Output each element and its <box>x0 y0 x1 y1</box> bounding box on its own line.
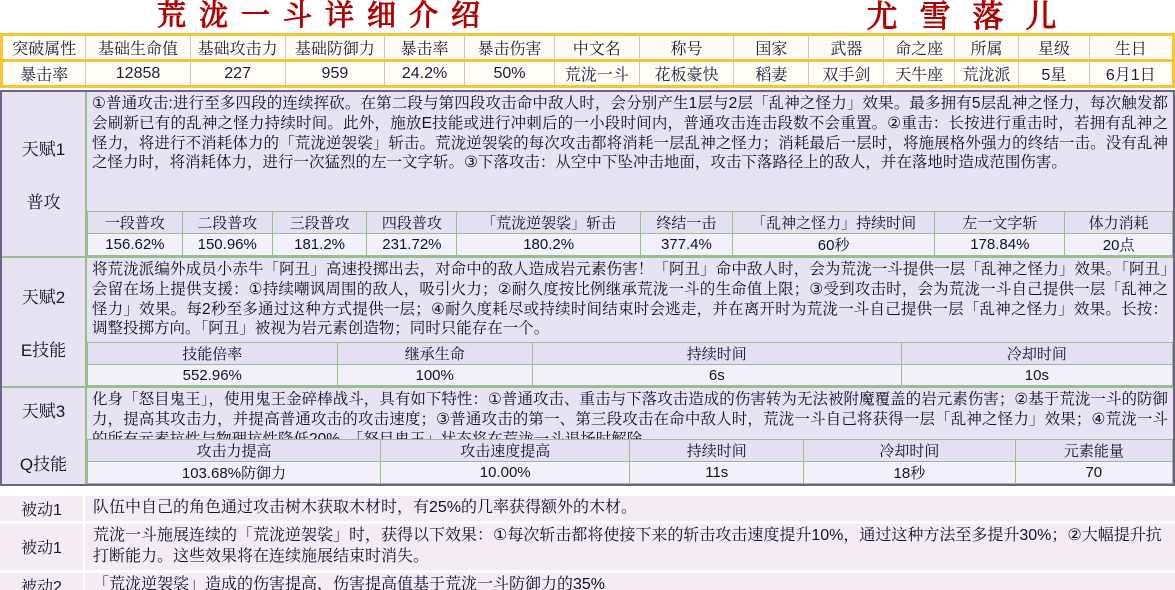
info-value-cell: 50% <box>464 61 554 87</box>
talent-2-label-bottom: E技能 <box>21 336 66 361</box>
stat-value-cell: 10s <box>901 365 1172 386</box>
talent-2-description: 将荒泷派编外成员小赤牛「阿丑」高速投掷出去，对命中的敌人造成岩元素伤害！「阿丑」… <box>87 258 1173 342</box>
info-value-cell: 5星 <box>1019 61 1089 87</box>
stat-value-cell: 150.96% <box>182 234 272 256</box>
info-value-cell: 荒泷派 <box>954 61 1018 87</box>
talent-2-section: 天赋2 E技能 将荒泷派编外成员小赤牛「阿丑」高速投掷出去，对命中的敌人造成岩元… <box>2 258 1173 388</box>
passive-1-label: 被动1 <box>0 496 85 521</box>
talent-3-description: 化身「怒目鬼王」，使用鬼王金碎棒战斗，具有如下特性：①普通攻击、重击与下落攻击造… <box>87 388 1173 439</box>
info-value-cell: 荒泷一斗 <box>555 61 639 87</box>
stat-header-cell: 冷却时间 <box>804 440 1016 462</box>
stat-header-cell: 冷却时间 <box>901 343 1172 365</box>
talent-1-stats-table: 一段普攻 二段普攻 三段普攻 四段普攻 「荒泷逆袈裟」斩击 终结一击 「乱神之怪… <box>87 211 1173 256</box>
info-value-cell: 稻妻 <box>734 61 809 87</box>
stat-value-cell: 20点 <box>1065 234 1173 256</box>
stat-header-cell: 终结一击 <box>641 212 733 234</box>
talent-table: 天赋1 普攻 ①普通攻击:进行至多四段的连续挥砍。在第二段与第四段攻击命中敌人时… <box>0 90 1175 486</box>
title-bar: 荒泷一斗详细介绍 尤雪落儿 <box>0 0 1175 33</box>
character-info-table: 突破属性 基础生命值 基础攻击力 基础防御力 暴击率 暴击伤害 中文名 称号 国… <box>0 33 1175 88</box>
stat-value-cell: 552.96% <box>88 365 338 386</box>
info-header-cell: 国家 <box>734 35 809 61</box>
talent-1-description: ①普通攻击:进行至多四段的连续挥砍。在第二段与第四段攻击命中敌人时，会分别产生1… <box>87 92 1173 211</box>
stat-value-cell: 60秒 <box>732 234 935 256</box>
stat-header-cell: 四段普攻 <box>367 212 457 234</box>
info-header-cell: 暴击率 <box>385 35 465 61</box>
info-header-cell: 命之座 <box>884 35 954 61</box>
stat-header-cell: 三段普攻 <box>272 212 367 234</box>
talent-3-label-bottom: Q技能 <box>20 450 67 475</box>
passive-2-label: 被动1 <box>0 524 85 570</box>
talent-2-label-top: 天赋2 <box>22 283 65 308</box>
talent-2-label: 天赋2 E技能 <box>2 258 87 386</box>
talent-1-label-top: 天赋1 <box>22 135 65 160</box>
info-value-cell: 花板豪快 <box>639 61 734 87</box>
passive-3-label: 被动2 <box>0 573 85 590</box>
stat-header-cell: 继承生命 <box>337 343 532 365</box>
info-value-cell: 959 <box>285 61 385 87</box>
stat-header-cell: 体力消耗 <box>1065 212 1173 234</box>
info-header-cell: 基础生命值 <box>86 35 190 61</box>
info-header-cell: 中文名 <box>555 35 639 61</box>
talent-3-label: 天赋3 Q技能 <box>2 388 87 484</box>
stat-value-cell: 70 <box>1015 462 1172 484</box>
stat-header-cell: 二段普攻 <box>182 212 272 234</box>
stat-value-cell: 18秒 <box>804 462 1016 484</box>
info-value-cell: 6月1日 <box>1089 61 1174 87</box>
info-value-cell: 天牛座 <box>884 61 954 87</box>
stat-value-cell: 10.00% <box>380 462 630 484</box>
stat-value-cell: 156.62% <box>88 234 183 256</box>
talent-2-stats-table: 技能倍率 继承生命 持续时间 冷却时间 552.96% 100% 6s 10s <box>87 342 1173 386</box>
stat-header-cell: 持续时间 <box>532 343 901 365</box>
stat-header-cell: 攻击力提高 <box>88 440 381 462</box>
stat-header-cell: 元素能量 <box>1015 440 1172 462</box>
stat-value-cell: 11s <box>630 462 804 484</box>
talent-1-section: 天赋1 普攻 ①普通攻击:进行至多四段的连续挥砍。在第二段与第四段攻击命中敌人时… <box>2 92 1173 258</box>
stat-header-cell: 攻击速度提高 <box>380 440 630 462</box>
talent-1-label: 天赋1 普攻 <box>2 92 87 256</box>
info-value-cell: 暴击率 <box>2 61 86 87</box>
stat-header-cell: 左一文字斩 <box>935 212 1065 234</box>
info-value-row: 暴击率 12858 227 959 24.2% 50% 荒泷一斗 花板豪快 稻妻… <box>2 61 1174 87</box>
talent-3-label-top: 天赋3 <box>22 397 65 422</box>
passive-2-text: 荒泷一斗施展连续的「荒泷逆袈裟」时，获得以下效果：①每次斩击都将使接下来的斩击攻… <box>85 524 1175 570</box>
stat-value-cell: 377.4% <box>641 234 733 256</box>
info-header-cell: 所属 <box>954 35 1018 61</box>
info-value-cell: 227 <box>190 61 285 87</box>
info-header-cell: 武器 <box>809 35 884 61</box>
info-value-cell: 双手剑 <box>809 61 884 87</box>
talent-1-label-bottom: 普攻 <box>27 188 61 213</box>
info-header-cell: 基础攻击力 <box>190 35 285 61</box>
passive-table: 被动1 队伍中自己的角色通过攻击树木获取木材时，有25%的几率获得额外的木材。 … <box>0 496 1175 590</box>
passive-1-text: 队伍中自己的角色通过攻击树木获取木材时，有25%的几率获得额外的木材。 <box>85 496 1175 521</box>
info-header-cell: 基础防御力 <box>285 35 385 61</box>
info-header-row: 突破属性 基础生命值 基础攻击力 基础防御力 暴击率 暴击伤害 中文名 称号 国… <box>2 35 1174 61</box>
stat-header-cell: 「荒泷逆袈裟」斩击 <box>457 212 641 234</box>
author-title: 尤雪落儿 <box>650 0 1175 33</box>
info-header-cell: 突破属性 <box>2 35 86 61</box>
stat-value-cell: 231.72% <box>367 234 457 256</box>
talent-3-stats-table: 攻击力提高 攻击速度提高 持续时间 冷却时间 元素能量 103.68%防御力 1… <box>87 439 1173 484</box>
page-title: 荒泷一斗详细介绍 <box>0 0 650 33</box>
info-header-cell: 星级 <box>1019 35 1089 61</box>
info-value-cell: 24.2% <box>385 61 465 87</box>
talent-3-section: 天赋3 Q技能 化身「怒目鬼王」，使用鬼王金碎棒战斗，具有如下特性：①普通攻击、… <box>2 388 1173 484</box>
stat-header-cell: 「乱神之怪力」持续时间 <box>732 212 935 234</box>
info-header-cell: 称号 <box>639 35 734 61</box>
stat-value-cell: 6s <box>532 365 901 386</box>
passive-row: 被动1 荒泷一斗施展连续的「荒泷逆袈裟」时，获得以下效果：①每次斩击都将使接下来… <box>0 524 1175 570</box>
passive-row: 被动1 队伍中自己的角色通过攻击树木获取木材时，有25%的几率获得额外的木材。 <box>0 496 1175 521</box>
info-header-cell: 暴击伤害 <box>464 35 554 61</box>
stat-value-cell: 178.84% <box>935 234 1065 256</box>
stat-value-cell: 180.2% <box>457 234 641 256</box>
passive-3-text: 「荒泷逆袈裟」造成的伤害提高，伤害提高值基于荒泷一斗防御力的35% <box>85 573 1175 590</box>
stat-value-cell: 181.2% <box>272 234 367 256</box>
stat-value-cell: 100% <box>337 365 532 386</box>
stat-header-cell: 一段普攻 <box>88 212 183 234</box>
stat-header-cell: 持续时间 <box>630 440 804 462</box>
info-value-cell: 12858 <box>86 61 190 87</box>
info-header-cell: 生日 <box>1089 35 1174 61</box>
stat-value-cell: 103.68%防御力 <box>88 462 381 484</box>
stat-header-cell: 技能倍率 <box>88 343 338 365</box>
passive-row: 被动2 「荒泷逆袈裟」造成的伤害提高，伤害提高值基于荒泷一斗防御力的35% <box>0 573 1175 590</box>
